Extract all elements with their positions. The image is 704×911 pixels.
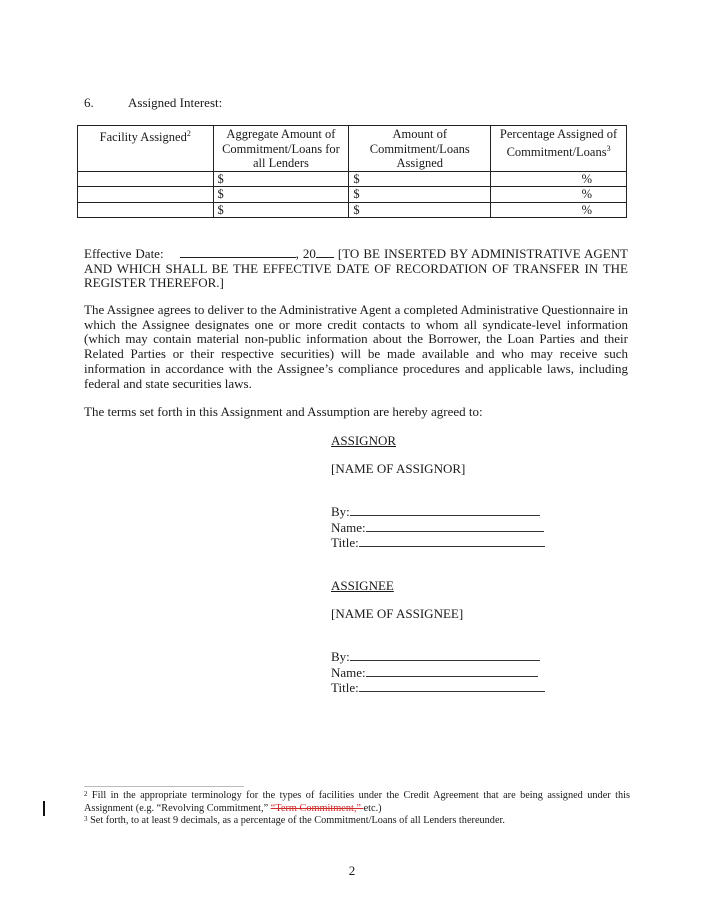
table-row: $ $ % bbox=[78, 202, 627, 218]
assigned-interest-table: Facility Assigned2 Aggregate Amount of C… bbox=[77, 125, 627, 218]
cell-aggregate[interactable]: $ bbox=[213, 187, 349, 203]
assignor-by-line[interactable]: By: bbox=[331, 504, 545, 520]
table-header-row: Facility Assigned2 Aggregate Amount of C… bbox=[78, 126, 627, 172]
assignor-title-line[interactable]: Title: bbox=[331, 535, 545, 551]
footnote-3: 3 Set forth, to at least 9 decimals, as … bbox=[84, 815, 630, 828]
assignor-name-placeholder: [NAME OF ASSIGNOR] bbox=[331, 462, 545, 477]
section-title: Assigned Interest: bbox=[128, 95, 222, 110]
cell-percentage[interactable]: % bbox=[491, 202, 627, 218]
page-number: 2 bbox=[0, 863, 704, 879]
assignor-name-line[interactable]: Name: bbox=[331, 520, 545, 536]
struck-revision-text: “Term Commitment,” bbox=[271, 803, 364, 814]
cell-facility[interactable] bbox=[78, 202, 214, 218]
section-heading: 6.Assigned Interest: bbox=[84, 95, 222, 111]
section-number: 6. bbox=[84, 95, 128, 111]
terms-paragraph: The terms set forth in this Assignment a… bbox=[84, 405, 628, 420]
effective-date-year-blank[interactable] bbox=[316, 246, 334, 258]
assignor-signature-block: ASSIGNOR [NAME OF ASSIGNOR] By: Name: Ti… bbox=[331, 434, 545, 551]
assignee-by-line[interactable]: By: bbox=[331, 649, 545, 665]
assignee-name-placeholder: [NAME OF ASSIGNEE] bbox=[331, 607, 545, 622]
header-percentage-assigned: Percentage Assigned of Commitment/Loans3 bbox=[491, 126, 627, 172]
cell-aggregate[interactable]: $ bbox=[213, 171, 349, 187]
table-row: $ $ % bbox=[78, 187, 627, 203]
table-row: $ $ % bbox=[78, 171, 627, 187]
questionnaire-paragraph: The Assignee agrees to deliver to the Ad… bbox=[84, 303, 628, 391]
header-amount-assigned: Amount of Commitment/Loans Assigned bbox=[349, 126, 491, 172]
assignor-heading: ASSIGNOR bbox=[331, 434, 545, 449]
cell-amount[interactable]: $ bbox=[349, 202, 491, 218]
cell-percentage[interactable]: % bbox=[491, 187, 627, 203]
effective-date-bracket-text: [TO BE INSERTED BY ADMINISTRATIVE AGENT … bbox=[84, 246, 628, 290]
assignee-signature-block: ASSIGNEE [NAME OF ASSIGNEE] By: Name: Ti… bbox=[331, 579, 545, 696]
header-facility-assigned: Facility Assigned2 bbox=[78, 126, 214, 172]
assignee-title-line[interactable]: Title: bbox=[331, 680, 545, 696]
cell-percentage[interactable]: % bbox=[491, 171, 627, 187]
effective-date-label: Effective Date: bbox=[84, 246, 164, 261]
revision-change-bar bbox=[43, 801, 45, 816]
cell-amount[interactable]: $ bbox=[349, 187, 491, 203]
cell-facility[interactable] bbox=[78, 187, 214, 203]
cell-aggregate[interactable]: $ bbox=[213, 202, 349, 218]
footnote-2: 2 Fill in the appropriate terminology fo… bbox=[84, 790, 630, 815]
assignee-name-line[interactable]: Name: bbox=[331, 665, 545, 681]
footnotes: 2 Fill in the appropriate terminology fo… bbox=[84, 790, 630, 828]
cell-amount[interactable]: $ bbox=[349, 171, 491, 187]
footnote-separator bbox=[84, 786, 244, 787]
assignee-heading: ASSIGNEE bbox=[331, 579, 545, 594]
cell-facility[interactable] bbox=[78, 171, 214, 187]
header-aggregate-amount: Aggregate Amount of Commitment/Loans for… bbox=[213, 126, 349, 172]
effective-date-blank[interactable] bbox=[180, 246, 296, 258]
effective-date-paragraph: Effective Date: , 20 [TO BE INSERTED BY … bbox=[84, 246, 628, 291]
